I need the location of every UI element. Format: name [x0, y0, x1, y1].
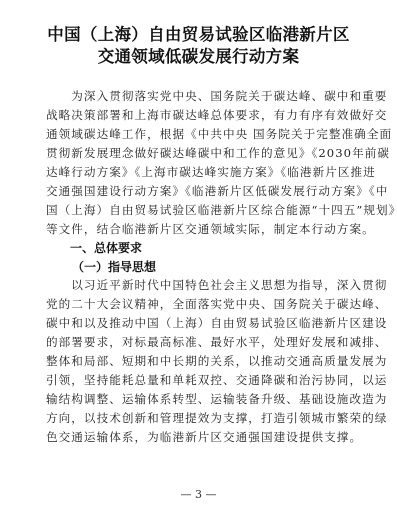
- body-paragraph-line: 党的二十大会议精神，全面落实党中央、国务院关于碳达峰、: [46, 296, 356, 312]
- body-paragraph-line: 方向，以技术创新和管理提效为支撑，打造引领城市繁荣的绿: [46, 410, 356, 426]
- body-paragraph-line: 以习近平新时代中国特色社会主义思想为指导，深入贯彻: [46, 277, 356, 293]
- document-title-line-1: 中国（上海）自由贸易试验区临港新片区: [0, 21, 397, 45]
- section-heading: 一、总体要求: [70, 239, 142, 256]
- subsection-heading: （一）指导思想: [72, 258, 156, 275]
- document-page: 中国（上海）自由贸易试验区临港新片区 交通领域低碳发展行动方案 为深入贯彻落实党…: [0, 0, 397, 512]
- body-paragraph-line: 的部署要求，对标最高标准、最好水平，处理好发展和减排、: [46, 334, 356, 350]
- body-paragraph-line: 碳中和以及推动中国（上海）自由贸易试验区临港新片区建设: [46, 315, 356, 331]
- intro-paragraph-line: 交通强国建设行动方案》《临港新片区低碳发展行动方案》《中: [46, 183, 356, 199]
- document-title-line-2: 交通领域低碳发展行动方案: [0, 43, 397, 67]
- body-paragraph-line: 输结构调整、运输体系转型、运输装备升级、基础设施改造为: [46, 391, 356, 407]
- body-paragraph-line: 整体和局部、短期和中长期的关系，以推动交通高质量发展为: [46, 353, 356, 369]
- intro-paragraph-line: 等文件，结合临港新片区交通领域实际，制定本行动方案。: [46, 221, 356, 237]
- intro-paragraph-line: 国（上海）自由贸易试验区临港新片区综合能源“十四五”规划》: [46, 202, 356, 218]
- intro-paragraph-line: 贯彻新发展理念做好碳达峰碳中和工作的意见》《2030年前碳: [46, 145, 356, 161]
- body-paragraph-line: 色交通运输体系，为临港新片区交通强国建设提供支撑。: [46, 429, 356, 445]
- intro-paragraph-line: 为深入贯彻落实党中央、国务院关于碳达峰、碳中和重要: [46, 88, 356, 104]
- body-paragraph-line: 引领，坚持能耗总量和单耗双控、交通降碳和治污协同，以运: [46, 372, 356, 388]
- page-number: — 3 —: [0, 488, 397, 501]
- intro-paragraph-line: 通领域碳达峰工作，根据《中共中央 国务院关于完整准确全面: [46, 126, 356, 142]
- intro-paragraph-line: 战略决策部署和上海市碳达峰总体要求，有力有序有效做好交: [46, 107, 356, 123]
- intro-paragraph-line: 达峰行动方案》《上海市碳达峰实施方案》《临港新片区推进: [46, 164, 356, 180]
